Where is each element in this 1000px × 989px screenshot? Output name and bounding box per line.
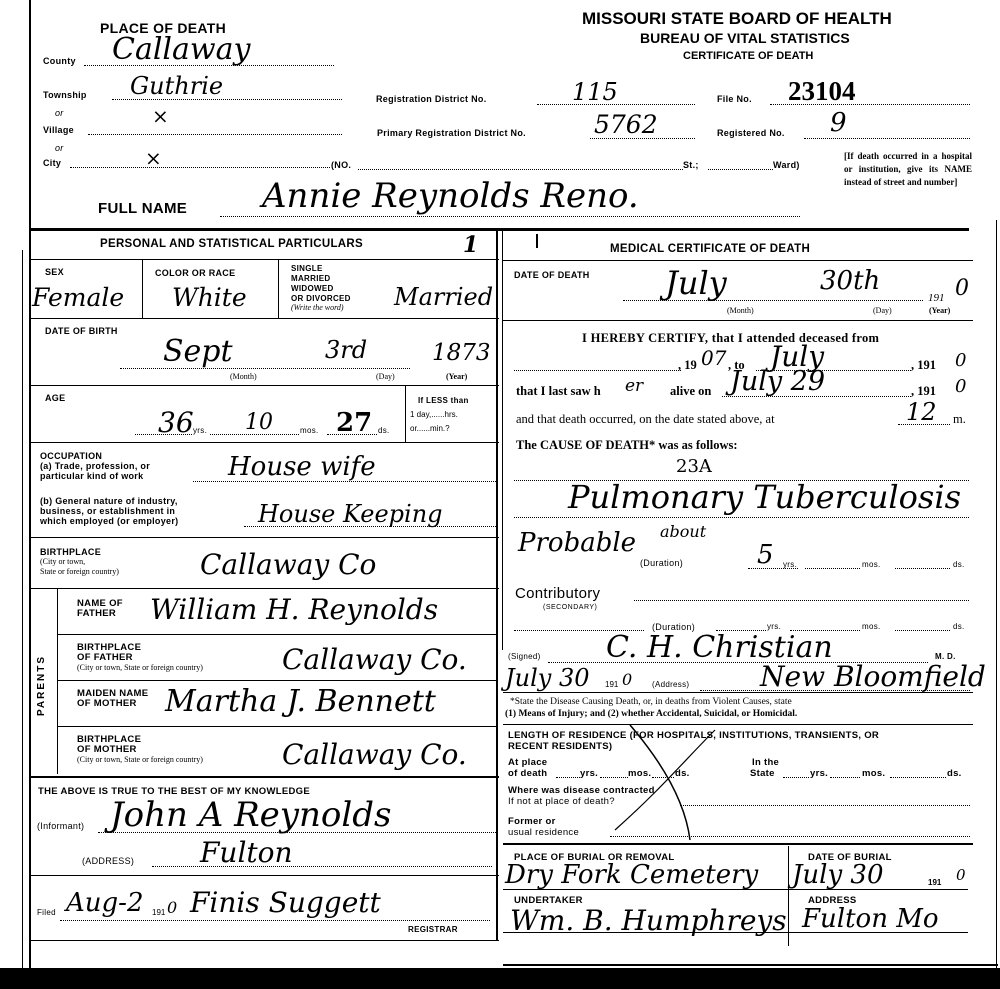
- mother-label-2: OF MOTHER: [77, 698, 137, 709]
- dod-year-hint: (Year): [929, 306, 950, 315]
- duration-yrs-value[interactable]: 5: [757, 540, 774, 570]
- burial-place-line: [503, 889, 968, 890]
- signed-label: (Signed): [508, 652, 541, 661]
- mother-bp-value[interactable]: Callaway Co.: [282, 738, 467, 771]
- father-value[interactable]: William H. Reynolds: [150, 593, 438, 626]
- former-residence-label-1: Former or: [508, 816, 556, 827]
- signed-address-value[interactable]: New Bloomfield: [760, 660, 986, 693]
- registrar-signature[interactable]: Finis Suggett: [190, 886, 381, 919]
- registered-no-label: Registered No.: [717, 128, 785, 138]
- filed-line: [60, 920, 490, 921]
- sex-value[interactable]: Female: [32, 283, 124, 312]
- personal-heading: PERSONAL AND STATISTICAL PARTICULARS: [100, 238, 363, 250]
- occupation-a-label-2: particular kind of work: [40, 471, 143, 481]
- form-bottom-line: [503, 964, 998, 966]
- row5-divider: [29, 588, 499, 589]
- marital-option-married: MARRIED: [291, 274, 330, 283]
- filed-date[interactable]: Aug-2: [66, 888, 144, 918]
- signed-year-prefix: 191: [605, 680, 618, 689]
- full-name-line: [220, 216, 800, 217]
- marital-option-widowed: WIDOWED: [291, 284, 334, 293]
- or-label-1: or: [55, 108, 64, 118]
- age-label: AGE: [45, 393, 65, 403]
- file-no-label: File No.: [717, 94, 752, 104]
- ward-line: [708, 169, 773, 170]
- city-line: [70, 167, 330, 168]
- informant-label: (Informant): [37, 821, 84, 831]
- duration-ds-label: ds.: [953, 560, 965, 569]
- age-mos-label: mos.: [300, 426, 319, 435]
- duration-yrs-label: yrs.: [783, 560, 797, 569]
- margin-mark: 1: [463, 232, 478, 258]
- mother-bp-hint: (City or town, State or foreign country): [77, 755, 203, 764]
- dob-month[interactable]: Sept: [163, 334, 233, 369]
- signed-address-label: (Address): [652, 680, 689, 689]
- duration-mos-line: [805, 568, 860, 569]
- dob-day-hint: (Day): [376, 372, 395, 381]
- left-panel-right-border: [496, 230, 498, 940]
- burial-year-suffix[interactable]: 0: [956, 866, 966, 884]
- occupation-label: OCCUPATION: [40, 451, 102, 461]
- less-than-label-2: 1 day,......hrs.: [410, 410, 458, 419]
- cause-line-2: [514, 517, 969, 518]
- marital-hint: (Write the word): [291, 303, 344, 312]
- age-less-divider: [405, 386, 406, 442]
- dod-label: DATE OF DEATH: [514, 270, 590, 280]
- father-bp-label-2: OF FATHER: [77, 652, 133, 663]
- contributory-ds-line: [895, 630, 950, 631]
- in-state-yrs-line: [783, 777, 809, 778]
- burial-divider: [788, 846, 789, 946]
- registration-district-label: Registration District No.: [376, 94, 487, 104]
- mother-divider: [58, 726, 498, 727]
- age-yrs-label: yrs.: [193, 426, 207, 435]
- occurred-text: and that death occurred, on the date sta…: [516, 412, 775, 427]
- father-label-2: FATHER: [77, 608, 116, 619]
- ward-label: Ward): [773, 160, 800, 170]
- birthplace-hint-1: (City or town,: [40, 557, 85, 566]
- occupation-b-value[interactable]: House Keeping: [258, 500, 443, 528]
- burial-address-value[interactable]: Fulton Mo: [802, 904, 939, 934]
- birthplace-hint-2: State or foreign country): [40, 567, 119, 576]
- scan-bottom-edge: [0, 968, 1000, 989]
- county-label: County: [43, 56, 76, 66]
- duration-mos-label: mos.: [862, 560, 881, 569]
- row1-divider: [29, 318, 499, 319]
- contributory-mos-label: mos.: [862, 622, 881, 631]
- undertaker-line: [503, 932, 968, 933]
- father-divider: [58, 634, 498, 635]
- street-line: [358, 169, 683, 170]
- sex-race-divider: [142, 260, 143, 318]
- dod-month-hint: (Month): [727, 306, 754, 315]
- former-residence-label-2: usual residence: [508, 827, 579, 838]
- last-saw-prefix: that I last saw h: [516, 384, 601, 399]
- at-place-yrs-line: [556, 777, 580, 778]
- name-divider: [29, 228, 969, 231]
- occupation-a-value[interactable]: House wife: [228, 452, 376, 482]
- occupation-b-label-3: which employed (or employer): [40, 516, 178, 526]
- footnote-line-1: *State the Disease Causing Death, or, in…: [510, 697, 792, 707]
- dob-year-hint: (Year): [446, 372, 467, 381]
- dod-divider: [503, 320, 973, 321]
- time-value[interactable]: 12: [906, 398, 937, 426]
- signed-address-divider: [503, 692, 973, 693]
- father-bp-value[interactable]: Callaway Co.: [282, 643, 467, 676]
- mother-value[interactable]: Martha J. Bennett: [165, 684, 436, 719]
- village-value[interactable]: ×: [152, 104, 169, 128]
- footnote-divider: [503, 724, 973, 725]
- board-title: MISSOURI STATE BOARD OF HEALTH: [582, 9, 892, 29]
- attended-from-line: [514, 370, 681, 371]
- sex-label: SEX: [45, 267, 64, 277]
- cause-label: The CAUSE OF DEATH* was as follows:: [516, 438, 738, 453]
- last-saw-date[interactable]: July 29: [730, 366, 825, 397]
- medical-marker: [536, 234, 538, 248]
- last-saw-pronoun[interactable]: er: [625, 376, 643, 396]
- dob-month-hint: (Month): [230, 372, 257, 381]
- less-than-label-1: If LESS than: [418, 396, 469, 405]
- contributory-ds-label: ds.: [953, 622, 965, 631]
- cause-code[interactable]: 23A: [676, 456, 712, 477]
- full-name-value[interactable]: Annie Reynolds Reno.: [262, 176, 639, 216]
- medical-heading: MEDICAL CERTIFICATE OF DEATH: [610, 243, 810, 255]
- race-label: COLOR OR RACE: [155, 268, 235, 278]
- informant-address-value[interactable]: Fulton: [200, 836, 293, 869]
- occupation-b-label-1: (b) General nature of industry,: [40, 496, 178, 506]
- in-state-label-1: In the: [752, 757, 779, 768]
- signed-date[interactable]: July 30: [505, 664, 589, 692]
- dob-day[interactable]: 3rd: [325, 336, 367, 364]
- filed-label: Filed: [37, 908, 56, 917]
- marital-option-single: SINGLE: [291, 264, 323, 273]
- burial-place-value[interactable]: Dry Fork Cemetery: [505, 860, 758, 890]
- street-number-label: (NO.: [331, 160, 351, 170]
- street-label: St.;: [683, 160, 699, 170]
- contributory-line: [634, 600, 969, 601]
- from-year-prefix: , 19: [678, 358, 697, 373]
- dod-day-hint: (Day): [873, 306, 892, 315]
- race-marital-divider: [278, 260, 279, 318]
- cause-value[interactable]: Pulmonary Tuberculosis: [568, 478, 961, 516]
- parents-bottom-divider: [29, 776, 499, 778]
- dob-label: DATE OF BIRTH: [45, 326, 118, 336]
- township-label: Township: [43, 90, 87, 100]
- duration-about[interactable]: about: [660, 522, 706, 541]
- at-place-label-2: of death: [508, 768, 547, 779]
- row4-divider: [29, 537, 499, 538]
- duration-ds-line: [895, 568, 950, 569]
- village-label: Village: [43, 125, 74, 135]
- dob-year[interactable]: 1873: [432, 340, 491, 366]
- less-than-label-3: or......min.?: [410, 424, 450, 433]
- registrar-label: REGISTRAR: [408, 925, 458, 934]
- birthplace-label: BIRTHPLACE: [40, 547, 101, 557]
- certify-line-1: I HEREBY CERTIFY, that I attended deceas…: [582, 331, 879, 346]
- county-value[interactable]: Callaway: [112, 32, 250, 67]
- cause-qualifier[interactable]: Probable: [518, 528, 636, 558]
- parents-side-divider: [57, 589, 58, 774]
- full-name-label: FULL NAME: [98, 200, 187, 217]
- parents-side-label: PARENTS: [36, 655, 47, 716]
- strike-through-mark: [590, 720, 730, 845]
- alive-on-label: alive on: [670, 384, 711, 399]
- footnote-line-2: (1) Means of Injury; and (2) whether Acc…: [505, 709, 797, 719]
- filed-year-prefix: 191: [152, 908, 165, 917]
- in-state-mos-label: mos.: [862, 768, 885, 779]
- personal-heading-divider: [29, 259, 499, 260]
- age-mos-value[interactable]: 10: [245, 410, 273, 435]
- at-place-label-1: At place: [508, 757, 547, 768]
- in-state-ds-line: [890, 777, 946, 778]
- burial-year-prefix: 191: [928, 878, 941, 887]
- or-label-2: or: [55, 143, 64, 153]
- township-value[interactable]: Guthrie: [130, 72, 223, 100]
- last-saw-year-value[interactable]: 0: [955, 376, 966, 397]
- informant-address-label: (ADDRESS): [82, 856, 134, 866]
- marital-value[interactable]: Married: [394, 283, 493, 311]
- primary-district-value[interactable]: 5762: [594, 110, 658, 139]
- birthplace-value[interactable]: Callaway Co: [200, 548, 376, 581]
- row3-divider: [29, 442, 499, 443]
- registered-no-line: [804, 138, 970, 139]
- burial-date-value[interactable]: July 30: [792, 860, 884, 890]
- secondary-label: (SECONDARY): [543, 604, 597, 611]
- in-state-mos-line: [830, 777, 860, 778]
- center-border: [502, 230, 503, 650]
- in-state-yrs-label: yrs.: [810, 768, 828, 779]
- city-value[interactable]: ×: [145, 146, 162, 170]
- filed-year-suffix[interactable]: 0: [167, 898, 177, 917]
- form-name: CERTIFICATE OF DEATH: [683, 50, 813, 62]
- occupation-b-label-2: business, or establishment in: [40, 506, 175, 516]
- dod-day[interactable]: 30th: [820, 266, 880, 296]
- dod-year-prefix: 191: [928, 292, 945, 304]
- residence-bottom-divider: [503, 843, 973, 845]
- right-border: [996, 220, 997, 968]
- informant-value[interactable]: John A Reynolds: [110, 795, 391, 835]
- father-bp-divider: [58, 680, 498, 681]
- signed-year-value[interactable]: 0: [622, 670, 632, 689]
- occupation-a-label-1: (a) Trade, profession, or: [40, 461, 150, 471]
- time-suffix: m.: [953, 412, 966, 427]
- from-year-value[interactable]: 07: [701, 346, 726, 370]
- age-ds-label: ds.: [378, 426, 390, 435]
- contributory-label: Contributory: [515, 585, 600, 602]
- file-no-value[interactable]: 23104: [788, 76, 856, 107]
- left-border: [29, 0, 31, 968]
- father-bp-hint: (City or town, State or foreign country): [77, 663, 203, 672]
- primary-district-label: Primary Registration District No.: [377, 128, 526, 138]
- row2-divider: [29, 385, 499, 386]
- informant-divider: [29, 875, 499, 876]
- duration-label: (Duration): [640, 558, 683, 568]
- left-border-inner: [22, 250, 23, 968]
- in-state-ds-label: ds.: [947, 768, 962, 779]
- bureau-subtitle: BUREAU OF VITAL STATISTICS: [640, 30, 850, 46]
- to-year-prefix: , 191: [911, 358, 936, 373]
- last-saw-year-prefix: , 191: [911, 384, 936, 399]
- registration-district-value[interactable]: 115: [572, 78, 618, 106]
- dod-month[interactable]: July: [665, 264, 727, 302]
- hospital-note: [If death occurred in a hospital or inst…: [844, 150, 972, 189]
- marital-option-divorced: OR DIVORCED: [291, 294, 351, 303]
- race-value[interactable]: White: [172, 283, 247, 312]
- dod-year-suffix[interactable]: 0: [955, 276, 969, 301]
- mother-bp-label-2: OF MOTHER: [77, 744, 137, 755]
- village-line: [88, 134, 342, 135]
- city-label: City: [43, 158, 61, 168]
- filed-bottom-divider: [29, 940, 499, 941]
- age-yrs-value[interactable]: 36: [158, 406, 194, 439]
- medical-heading-divider: [503, 260, 973, 261]
- in-state-label-2: State: [750, 768, 775, 779]
- age-ds-value[interactable]: 27: [336, 408, 372, 438]
- registered-no-value[interactable]: 9: [830, 108, 847, 138]
- to-year-value[interactable]: 0: [955, 350, 966, 371]
